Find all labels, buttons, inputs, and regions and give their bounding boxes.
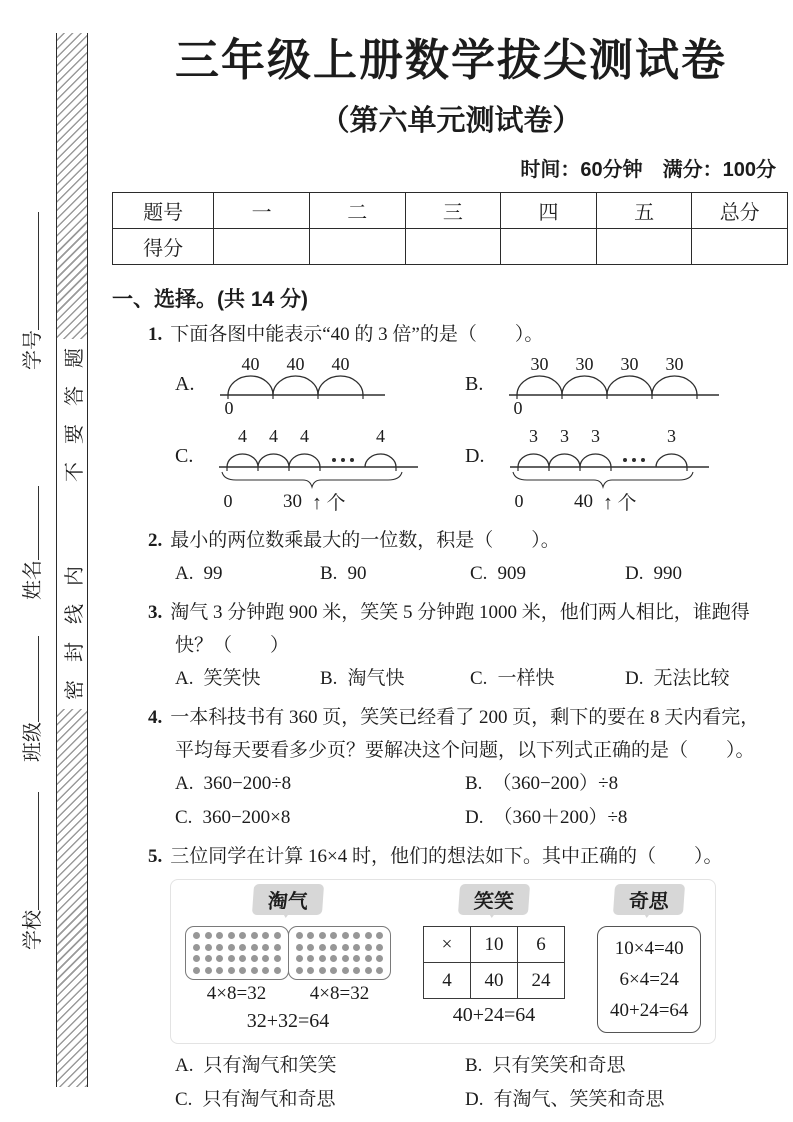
dot bbox=[239, 932, 246, 939]
question-2-options: A.99 B.90 C.909 D.990 bbox=[148, 557, 790, 591]
class-field: 班级 bbox=[16, 636, 45, 762]
dot bbox=[342, 932, 349, 939]
student-id-blank bbox=[23, 212, 39, 330]
q5-figure: 淘气 4×8=32 4×8=32 32+32=64 笑笑 × 10 6 bbox=[170, 879, 716, 1044]
dot bbox=[330, 944, 337, 951]
svg-text:30: 30 bbox=[621, 355, 639, 374]
number-line-diagram-c: 4444030↑个 bbox=[213, 427, 426, 519]
dot bbox=[216, 955, 223, 962]
option-diagram-a: A. 4040400 bbox=[175, 355, 465, 419]
dot bbox=[342, 955, 349, 962]
dot bbox=[319, 955, 326, 962]
name-label: 姓名 bbox=[16, 560, 45, 600]
dot bbox=[251, 967, 258, 974]
dot bbox=[330, 932, 337, 939]
option-c: C.360−200×8 bbox=[175, 801, 465, 835]
xiaoxiao-table: × 10 6 4 40 24 bbox=[423, 926, 565, 999]
dot bbox=[239, 955, 246, 962]
page-title: 三年级上册数学拔尖测试卷 bbox=[112, 24, 790, 88]
score-header-cell: 总分 bbox=[692, 193, 788, 229]
seal-char: 答 bbox=[53, 381, 91, 411]
seal-char: 不 bbox=[53, 457, 91, 487]
dot bbox=[228, 944, 235, 951]
taoqi-captions: 4×8=32 4×8=32 bbox=[185, 983, 391, 1005]
svg-text:30: 30 bbox=[666, 355, 684, 374]
test-paper-page: 学校 班级 姓名 学号 题 答 要 不 内 线 封 密 三年级上册数学拔尖测试卷… bbox=[0, 0, 793, 1122]
svg-text:30: 30 bbox=[576, 355, 594, 374]
dot bbox=[307, 932, 314, 939]
table-cell: 24 bbox=[518, 963, 565, 999]
dot bbox=[330, 967, 337, 974]
dot bbox=[205, 932, 212, 939]
question-1: 1.下面各图中能表示“40 的 3 倍”的是（ ）。 A. 4040400 B.… bbox=[148, 318, 790, 519]
dot bbox=[319, 944, 326, 951]
score-table-header-row: 题号 一 二 三 四 五 总分 bbox=[113, 193, 788, 229]
dot bbox=[296, 944, 303, 951]
page-subtitle: （第六单元测试卷） bbox=[112, 98, 790, 139]
dot bbox=[193, 967, 200, 974]
score-table: 题号 一 二 三 四 五 总分 得分 bbox=[112, 192, 788, 265]
taoqi-name-tag: 淘气 bbox=[252, 884, 324, 915]
option-b: B.淘气快 bbox=[320, 662, 470, 696]
dot bbox=[193, 944, 200, 951]
dot bbox=[342, 967, 349, 974]
equation: 6×4=24 bbox=[610, 964, 688, 995]
xiaoxiao-panel: 笑笑 × 10 6 4 40 24 40+24=64 bbox=[423, 884, 565, 1027]
student-id-field: 学号 bbox=[16, 212, 45, 370]
dot-grid-left bbox=[185, 926, 289, 980]
dot bbox=[376, 955, 383, 962]
dot bbox=[274, 955, 281, 962]
class-label: 班级 bbox=[16, 722, 45, 762]
taoqi-panel: 淘气 4×8=32 4×8=32 32+32=64 bbox=[185, 884, 391, 1033]
qisi-equations: 10×4=40 6×4=24 40+24=64 bbox=[597, 926, 701, 1033]
dot bbox=[365, 955, 372, 962]
question-1-diagrams: A. 4040400 B. 303030300 C. 4444030↑个 D. … bbox=[148, 355, 790, 519]
spacer bbox=[30, 370, 31, 486]
svg-text:40: 40 bbox=[287, 355, 305, 374]
option-letter: D. bbox=[465, 445, 484, 468]
student-info-labels: 学校 班级 姓名 学号 bbox=[10, 35, 50, 1050]
score-blank-cell bbox=[214, 229, 310, 265]
question-5-options-row1: A.只有淘气和笑笑 B.只有笑笑和奇思 bbox=[148, 1049, 790, 1083]
svg-text:↑: ↑ bbox=[603, 492, 613, 514]
dot bbox=[353, 944, 360, 951]
dot bbox=[228, 955, 235, 962]
option-c: C.一样快 bbox=[470, 662, 625, 696]
svg-text:4: 4 bbox=[269, 427, 278, 446]
spacer bbox=[30, 950, 31, 1050]
score-blank-cell bbox=[405, 229, 501, 265]
dot bbox=[205, 944, 212, 951]
dot bbox=[262, 967, 269, 974]
dot bbox=[342, 944, 349, 951]
school-blank bbox=[23, 792, 39, 910]
svg-text:40: 40 bbox=[242, 355, 260, 374]
dot bbox=[319, 932, 326, 939]
number-line-diagram-b: 303030300 bbox=[503, 355, 727, 419]
dot bbox=[353, 932, 360, 939]
dot bbox=[353, 955, 360, 962]
question-3: 3.淘气 3 分钟跑 900 米，笑笑 5 分钟跑 1000 米，他们两人相比，… bbox=[148, 596, 790, 696]
dot bbox=[274, 967, 281, 974]
score-header-cell: 二 bbox=[309, 193, 405, 229]
svg-text:0: 0 bbox=[225, 398, 234, 418]
score-row-label: 得分 bbox=[113, 229, 214, 265]
score-blank-cell bbox=[692, 229, 788, 265]
dot bbox=[228, 932, 235, 939]
option-letter: C. bbox=[175, 445, 193, 468]
svg-text:3: 3 bbox=[560, 427, 569, 446]
dot bbox=[193, 955, 200, 962]
dot bbox=[262, 955, 269, 962]
svg-text:0: 0 bbox=[515, 491, 524, 511]
dot bbox=[228, 967, 235, 974]
dot bbox=[216, 932, 223, 939]
dot-grid-right bbox=[288, 926, 392, 980]
svg-text:30: 30 bbox=[283, 491, 302, 512]
spacer bbox=[30, 600, 31, 636]
equation: 10×4=40 bbox=[610, 933, 688, 964]
question-3-text-line2: 快？（ ） bbox=[148, 629, 790, 662]
score-blank-cell bbox=[596, 229, 692, 265]
option-d: D.无法比较 bbox=[625, 662, 790, 696]
dot bbox=[216, 944, 223, 951]
score-header-cell: 四 bbox=[501, 193, 597, 229]
question-4-options-row1: A.360−200÷8 B.（360−200）÷8 bbox=[148, 767, 790, 801]
question-number: 1. bbox=[148, 324, 162, 345]
xiaoxiao-sum: 40+24=64 bbox=[453, 1004, 536, 1027]
option-diagram-d: D. 3333040↑个 bbox=[465, 427, 790, 519]
svg-text:40: 40 bbox=[574, 491, 593, 512]
question-4: 4.一本科技书有 360 页，笑笑已经看了 200 页，剩下的要在 8 天内看完… bbox=[148, 701, 790, 835]
question-5-options-row2: C.只有淘气和奇思 D.有淘气、笑笑和奇思 bbox=[148, 1083, 790, 1117]
table-cell: 40 bbox=[471, 963, 518, 999]
score-blank-cell bbox=[309, 229, 405, 265]
dot bbox=[307, 967, 314, 974]
option-letter: B. bbox=[465, 373, 483, 396]
option-a: A.只有淘气和笑笑 bbox=[175, 1049, 465, 1083]
qisi-panel: 奇思 10×4=40 6×4=24 40+24=64 bbox=[597, 884, 701, 1033]
section-heading: 一、选择。(共 14 分) bbox=[112, 283, 790, 313]
question-2: 2.最小的两位数乘最大的一位数，积是（ ）。 A.99 B.90 C.909 D… bbox=[148, 524, 790, 591]
table-cell: 6 bbox=[518, 927, 565, 963]
option-diagram-b: B. 303030300 bbox=[465, 355, 790, 419]
seal-hatch-top bbox=[57, 33, 87, 339]
svg-text:3: 3 bbox=[591, 427, 600, 446]
student-id-label: 学号 bbox=[16, 330, 45, 370]
dot bbox=[376, 967, 383, 974]
score-header-cell: 三 bbox=[405, 193, 501, 229]
question-1-text: 1.下面各图中能表示“40 的 3 倍”的是（ ）。 bbox=[148, 318, 790, 351]
dot bbox=[376, 932, 383, 939]
question-4-text-line1: 4.一本科技书有 360 页，笑笑已经看了 200 页，剩下的要在 8 天内看完… bbox=[148, 701, 790, 734]
dot bbox=[251, 932, 258, 939]
dot bbox=[251, 955, 258, 962]
seal-hatch-bottom bbox=[57, 709, 87, 1087]
dot bbox=[319, 967, 326, 974]
svg-text:0: 0 bbox=[224, 491, 233, 511]
dot bbox=[296, 967, 303, 974]
taoqi-dot-grids bbox=[185, 926, 391, 980]
option-diagram-c: C. 4444030↑个 bbox=[175, 427, 465, 519]
question-4-text-line2: 平均每天要看多少页？要解决这个问题，以下列式正确的是（ ）。 bbox=[148, 734, 790, 767]
svg-text:3: 3 bbox=[667, 427, 676, 446]
dot bbox=[216, 967, 223, 974]
option-b: B.只有笑笑和奇思 bbox=[465, 1049, 790, 1083]
score-header-cell: 五 bbox=[596, 193, 692, 229]
option-b: B.（360−200）÷8 bbox=[465, 767, 790, 801]
dot bbox=[296, 932, 303, 939]
xiaoxiao-name-tag: 笑笑 bbox=[458, 884, 530, 915]
option-a: A.笑笑快 bbox=[175, 662, 320, 696]
score-header-cell: 一 bbox=[214, 193, 310, 229]
option-d: D.有淘气、笑笑和奇思 bbox=[465, 1083, 790, 1117]
question-number: 2. bbox=[148, 530, 162, 551]
number-line-diagram-a: 4040400 bbox=[214, 355, 393, 419]
taoqi-sum: 32+32=64 bbox=[247, 1010, 330, 1033]
question-number: 3. bbox=[148, 602, 162, 623]
spacer bbox=[30, 762, 31, 792]
dot bbox=[262, 944, 269, 951]
svg-text:30: 30 bbox=[531, 355, 549, 374]
score-header-cell: 题号 bbox=[113, 193, 214, 229]
seal-char: 封 bbox=[53, 637, 91, 667]
svg-text:4: 4 bbox=[300, 427, 309, 446]
option-a: A.360−200÷8 bbox=[175, 767, 465, 801]
dot bbox=[205, 955, 212, 962]
dot bbox=[330, 955, 337, 962]
name-field: 姓名 bbox=[16, 486, 45, 600]
svg-text:0: 0 bbox=[514, 398, 523, 418]
seal-char: 密 bbox=[53, 675, 91, 705]
table-cell: × bbox=[424, 927, 471, 963]
dot bbox=[307, 955, 314, 962]
seal-char: 要 bbox=[53, 419, 91, 449]
class-blank bbox=[23, 636, 39, 722]
dot bbox=[205, 967, 212, 974]
option-d: D.（360＋200）÷8 bbox=[465, 801, 790, 835]
dot bbox=[296, 955, 303, 962]
score-blank-cell bbox=[501, 229, 597, 265]
option-c: C.只有淘气和奇思 bbox=[175, 1083, 465, 1117]
dot bbox=[274, 932, 281, 939]
seal-char: 线 bbox=[53, 599, 91, 629]
dot bbox=[193, 932, 200, 939]
question-3-text-line1: 3.淘气 3 分钟跑 900 米，笑笑 5 分钟跑 1000 米，他们两人相比，… bbox=[148, 596, 790, 629]
equation: 40+24=64 bbox=[610, 995, 688, 1026]
dot bbox=[239, 967, 246, 974]
svg-text:个: 个 bbox=[618, 492, 637, 514]
question-4-options-row2: C.360−200×8 D.（360＋200）÷8 bbox=[148, 801, 790, 835]
dot bbox=[365, 944, 372, 951]
option-d: D.990 bbox=[625, 557, 790, 591]
qisi-name-tag: 奇思 bbox=[613, 884, 685, 915]
dot bbox=[376, 944, 383, 951]
dot bbox=[239, 944, 246, 951]
svg-text:个: 个 bbox=[327, 492, 346, 514]
dot bbox=[365, 932, 372, 939]
dot bbox=[365, 967, 372, 974]
question-5-text: 5.三位同学在计算 16×4 时，他们的想法如下。其中正确的（ ）。 bbox=[148, 840, 790, 873]
table-cell: 10 bbox=[471, 927, 518, 963]
question-3-options: A.笑笑快 B.淘气快 C.一样快 D.无法比较 bbox=[148, 662, 790, 696]
option-a: A.99 bbox=[175, 557, 320, 591]
svg-text:3: 3 bbox=[529, 427, 538, 446]
question-number: 4. bbox=[148, 707, 162, 728]
seal-char: 内 bbox=[53, 561, 91, 591]
svg-text:40: 40 bbox=[332, 355, 350, 374]
paper-content: 三年级上册数学拔尖测试卷 （第六单元测试卷） 时间：60分钟 满分：100分 题… bbox=[112, 24, 790, 1117]
question-number: 5. bbox=[148, 846, 162, 867]
score-table-score-row: 得分 bbox=[113, 229, 788, 265]
dot bbox=[262, 932, 269, 939]
time-score-info: 时间：60分钟 满分：100分 bbox=[112, 153, 776, 182]
seal-line-band: 题 答 要 不 内 线 封 密 bbox=[56, 33, 88, 1087]
question-2-text: 2.最小的两位数乘最大的一位数，积是（ ）。 bbox=[148, 524, 790, 557]
dot bbox=[307, 944, 314, 951]
dot bbox=[274, 944, 281, 951]
school-field: 学校 bbox=[16, 792, 45, 950]
number-line-diagram-d: 3333040↑个 bbox=[504, 427, 717, 519]
question-5: 5.三位同学在计算 16×4 时，他们的想法如下。其中正确的（ ）。 bbox=[148, 840, 790, 873]
option-letter: A. bbox=[175, 373, 194, 396]
dot bbox=[353, 967, 360, 974]
option-b: B.90 bbox=[320, 557, 470, 591]
svg-text:4: 4 bbox=[376, 427, 385, 446]
school-label: 学校 bbox=[16, 910, 45, 950]
name-blank bbox=[23, 486, 39, 560]
svg-text:↑: ↑ bbox=[312, 492, 322, 514]
svg-text:4: 4 bbox=[238, 427, 247, 446]
table-cell: 4 bbox=[424, 963, 471, 999]
seal-char: 题 bbox=[53, 343, 91, 373]
question-5-options: A.只有淘气和笑笑 B.只有笑笑和奇思 C.只有淘气和奇思 D.有淘气、笑笑和奇… bbox=[148, 1049, 790, 1117]
option-c: C.909 bbox=[470, 557, 625, 591]
dot bbox=[251, 944, 258, 951]
